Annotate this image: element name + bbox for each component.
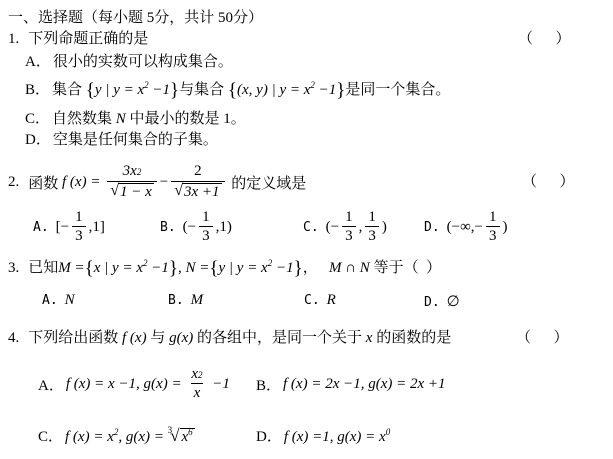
q2-option-d-pre: (−∞,− xyxy=(447,219,483,236)
q4-number: 4. xyxy=(8,330,19,347)
q1-option-b-mid: 与集合 xyxy=(179,78,228,99)
q1-option-d-label: D． xyxy=(25,128,51,149)
q3-set2: {y | y = x2 −1} xyxy=(209,257,302,277)
q4-option-d-formula: f (x) =1, g(x) = x0 xyxy=(284,429,390,446)
q2-option-c-label: C. xyxy=(303,220,319,235)
q3-option-b-value: M xyxy=(191,292,204,309)
q1-brackets-text: （ ） xyxy=(518,27,571,48)
q1-option-d-text: 空集是任何集合的子集。 xyxy=(53,128,218,149)
q1-set1-body: y | y = x xyxy=(95,82,144,98)
q2-minus: − xyxy=(160,174,168,191)
q2-option-d-post: ) xyxy=(503,219,508,236)
q2-pre: 函数 xyxy=(28,172,62,193)
q3-set2-body: y | y = x xyxy=(219,260,268,276)
q2-option-c-post: ) xyxy=(382,219,387,236)
q4-option-a-fraction: x2 x xyxy=(188,366,205,403)
q2-option-c: C. (− 13 , 13 ) xyxy=(303,206,387,248)
right-brace: } xyxy=(170,80,179,101)
q4-option-a-label: A． xyxy=(38,374,64,395)
q4-post: 的各组中，是同一个关于 xyxy=(193,326,366,347)
q3-option-c: C. R xyxy=(304,292,336,309)
q2-option-d: D. (−∞,− 13 ) xyxy=(424,206,508,248)
q3-m: M = xyxy=(58,260,84,277)
q2-option-b-pre: (− xyxy=(183,219,196,236)
q2-option-d-fraction: 13 xyxy=(486,209,500,246)
q4-frac-den: x xyxy=(194,385,201,402)
q2-option-c-pre: (− xyxy=(326,219,339,236)
section-header: 一、选择题（每小题 5分，共计 50分） xyxy=(8,6,263,27)
root-sup: 6 xyxy=(188,427,193,437)
q2-option-a-pre: [− xyxy=(56,219,69,236)
q3-option-c-value: R xyxy=(327,292,336,309)
sqrt-radical: √1 − x xyxy=(110,183,154,201)
q4-option-d-label: D． xyxy=(256,425,282,446)
q4-stem-line: 4. 下列给出函数 f (x) 与 g(x) 的各组中，是同一个关于 x 的函数… xyxy=(8,326,451,347)
q3-option-c-label: C. xyxy=(304,293,320,308)
q4-d-pre: f (x) =1, g(x) = x xyxy=(284,429,386,445)
right-brace: } xyxy=(169,258,178,279)
left-brace: { xyxy=(85,258,94,279)
q4-option-c-formula: f (x) = x2, g(x) = 3√x6 xyxy=(65,425,195,446)
q1-set2-tail: −1 xyxy=(315,82,336,98)
q2-number: 2. xyxy=(8,174,19,191)
q1-option-a: A． 很小的实数可以构成集合。 xyxy=(25,50,233,71)
q4-x: x xyxy=(366,330,373,347)
q4-option-d: D． f (x) =1, g(x) = x0 xyxy=(256,425,390,446)
q4-answer-brackets: （ ） xyxy=(516,326,569,347)
q3-option-d-label: D. xyxy=(424,295,440,310)
q2-frac1-den: 1 − x xyxy=(118,183,154,201)
q2-brackets-text: （ ） xyxy=(522,170,575,191)
cube-root: 3√x6 xyxy=(168,429,195,445)
q1-option-a-text: 很小的实数可以构成集合。 xyxy=(53,50,233,71)
q2-answer-brackets: （ ） xyxy=(522,170,575,191)
q3-n: N = xyxy=(185,260,209,277)
q2-frac2-den: 3x +1 xyxy=(182,183,222,201)
q3-option-b-label: B. xyxy=(168,293,184,308)
section-title: 一、选择题（每小题 5分，共计 50分） xyxy=(8,6,263,27)
q2-option-b-label: B. xyxy=(160,220,176,235)
q1-option-d: D． 空集是任何集合的子集。 xyxy=(25,128,218,149)
q1-option-b-post: 是同一个集合。 xyxy=(345,78,450,99)
q1-number: 1. xyxy=(8,31,19,48)
q3-set2-tail: −1 xyxy=(272,260,293,276)
q1-set1-tail: −1 xyxy=(149,82,170,98)
q2-fraction-1: 3x2 √1 − x xyxy=(107,163,157,201)
left-brace: { xyxy=(86,80,95,101)
q2-option-c-fraction-1: 13 xyxy=(342,209,356,246)
q2-fraction-2: 2 √3x +1 xyxy=(171,163,224,201)
q3-set1-body: x | y = x xyxy=(94,260,143,276)
q4-pre: 下列给出函数 xyxy=(28,326,122,347)
q3-option-d: D. ∅ xyxy=(424,292,460,311)
right-brace: } xyxy=(294,258,303,279)
q4-end: 的函数的是 xyxy=(372,326,451,347)
q2-option-a-fraction: 13 xyxy=(72,209,86,246)
q1-answer-brackets: （ ） xyxy=(518,27,571,48)
q1-option-b: B． 集合 {y | y = x2 −1} 与集合 {(x, y) | y = … xyxy=(25,78,450,99)
q4-g: g(x) xyxy=(169,330,193,347)
q4-option-a-f: f (x) = x −1, g(x) = xyxy=(66,376,186,393)
q4-option-b-label: B． xyxy=(256,374,281,395)
q1-option-c-label: C． xyxy=(25,107,50,128)
right-brace: } xyxy=(336,80,345,101)
q1-option-a-label: A． xyxy=(25,50,51,71)
q1-option-b-set1: {y | y = x2 −1} xyxy=(86,79,179,99)
q4-brackets-text: （ ） xyxy=(516,326,569,347)
q1-stem: 下列命题正确的是 xyxy=(28,27,148,48)
q4-c-fpre: f (x) = x xyxy=(65,429,114,445)
q2-option-d-label: D. xyxy=(424,220,440,235)
q2-option-b-post: ,1) xyxy=(216,219,232,236)
q2-frac2-num: 2 xyxy=(194,163,202,180)
q3-option-d-value: ∅ xyxy=(447,292,460,311)
q2-option-a-label: A. xyxy=(33,220,49,235)
q2-option-a-post: ,1] xyxy=(89,219,105,236)
q4-frac-num: x xyxy=(191,366,198,383)
q1-option-c-var: N xyxy=(116,111,126,128)
q4-option-c-label: C． xyxy=(38,425,63,446)
q4-d-sup: 0 xyxy=(386,427,391,437)
left-brace: { xyxy=(209,258,218,279)
exam-page: 一、选择题（每小题 5分，共计 50分） 1. 下列命题正确的是 （ ） A． … xyxy=(0,0,613,459)
q1-option-b-set2: {(x, y) | y = x2 −1} xyxy=(228,79,346,99)
left-brace: { xyxy=(228,80,237,101)
q3-expr: M ∩ N xyxy=(329,260,374,277)
q4-option-b-text: f (x) = 2x −1, g(x) = 2x +1 xyxy=(283,376,446,393)
q3-option-a: A. N xyxy=(42,292,75,309)
q4-c-sep: , g(x) = xyxy=(118,429,167,445)
q3-option-a-value: N xyxy=(65,292,75,309)
q2-post: 的定义域是 xyxy=(228,172,307,193)
radical-sign: √ xyxy=(170,426,179,445)
q1-option-c-pre: 自然数集 xyxy=(52,107,116,128)
q1-set2-body: (x, y) | y = x xyxy=(237,82,310,98)
q3-post: 等于（ ） xyxy=(374,256,442,277)
q1-option-c-post: 中最小的数是 1。 xyxy=(126,107,246,128)
q3-sep2: ， xyxy=(303,256,329,277)
q3-number: 3. xyxy=(8,260,19,277)
q3-option-a-label: A. xyxy=(42,293,58,308)
q2-option-b: B. (− 13 ,1) xyxy=(160,206,232,248)
q1-option-c: C． 自然数集 N 中最小的数是 1。 xyxy=(25,107,246,128)
q1-option-b-label: B． xyxy=(25,78,50,99)
q4-option-a: A． f (x) = x −1, g(x) = x2 x −1 xyxy=(38,360,230,408)
q3-stem-line: 3. 已知 M = {x | y = x2 −1} , N = {y | y =… xyxy=(8,256,441,277)
q1-stem-line: 1. 下列命题正确的是 xyxy=(8,27,148,48)
q4-option-a-post: −1 xyxy=(209,376,230,393)
q2-fname: f (x) = xyxy=(62,174,104,191)
q3-pre: 已知 xyxy=(28,256,58,277)
q2-stem-line: 2. 函数 f (x) = 3x2 √1 − x − 2 √3x +1 的定义域… xyxy=(8,158,306,206)
q2-option-c-fraction-2: 13 xyxy=(365,209,379,246)
q4-option-b: B． f (x) = 2x −1, g(x) = 2x +1 xyxy=(256,360,446,408)
q3-set1-tail: −1 xyxy=(147,260,168,276)
q4-mid: 与 xyxy=(147,326,170,347)
q4-f: f (x) xyxy=(122,330,147,347)
q3-set1: {x | y = x2 −1} xyxy=(85,257,178,277)
sqrt-radical: √3x +1 xyxy=(174,183,221,201)
q3-option-b: B. M xyxy=(168,292,203,309)
q1-option-b-pre: 集合 xyxy=(52,78,86,99)
q2-frac1-num: 3x xyxy=(123,163,137,180)
q2-option-a: A. [− 13 ,1] xyxy=(33,206,105,248)
q2-option-b-fraction: 13 xyxy=(199,209,213,246)
q4-option-c: C． f (x) = x2, g(x) = 3√x6 xyxy=(38,425,195,446)
q2-option-c-mid: , xyxy=(359,219,363,236)
